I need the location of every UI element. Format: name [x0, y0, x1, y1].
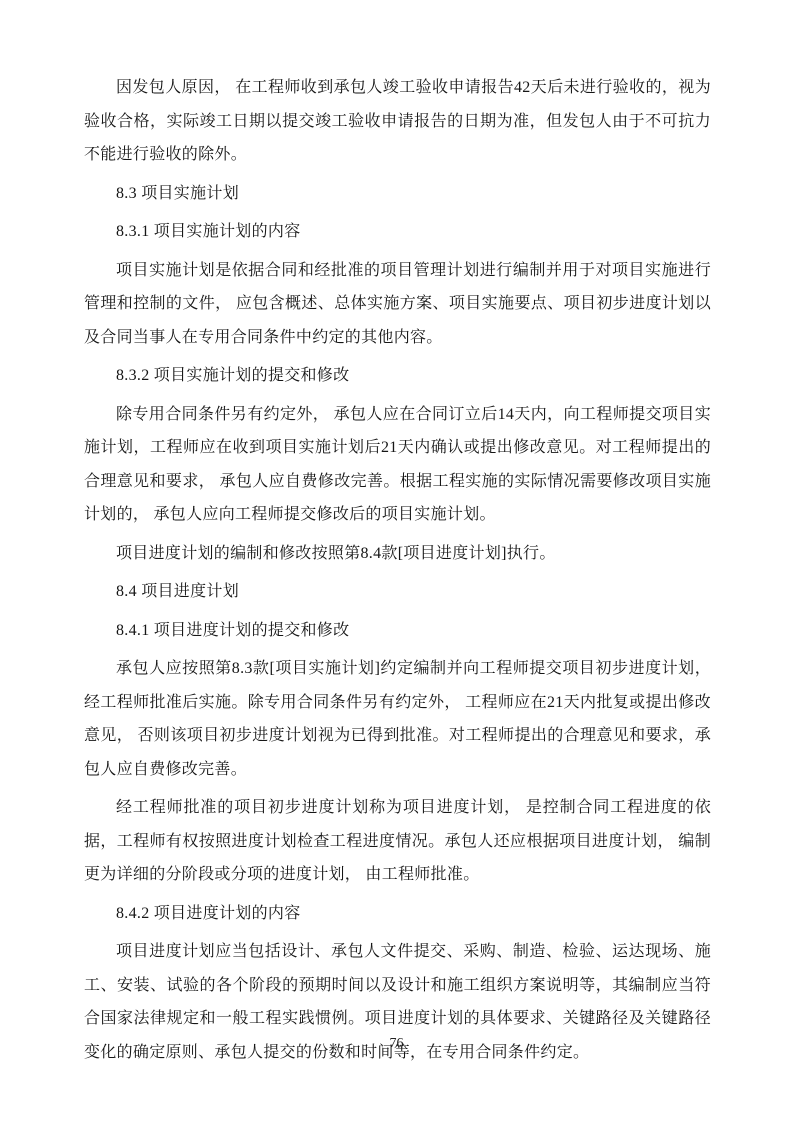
heading-8-3-2: 8.3.2 项目实施计划的提交和修改	[84, 359, 711, 393]
paragraph-completion-acceptance: 因发包人原因， 在工程师收到承包人竣工验收申请报告42天后未进行验收的，视为验收…	[84, 71, 711, 172]
document-content: 因发包人原因， 在工程师收到承包人竣工验收申请报告42天后未进行验收的，视为验收…	[84, 71, 711, 1074]
page-number: 76	[0, 1036, 793, 1052]
paragraph-progress-plan-reference: 项目进度计划的编制和修改按照第8.4款[项目进度计划]执行。	[84, 537, 711, 571]
paragraph-8-3-2-submission: 除专用合同条件另有约定外， 承包人应在合同订立后14天内，向工程师提交项目实施计…	[84, 398, 711, 532]
document-page: 因发包人原因， 在工程师收到承包人竣工验收申请报告42天后未进行验收的，视为验收…	[0, 0, 793, 1122]
heading-8-4: 8.4 项目进度计划	[84, 575, 711, 609]
heading-8-4-2: 8.4.2 项目进度计划的内容	[84, 897, 711, 931]
paragraph-8-3-1-content: 项目实施计划是依据合同和经批准的项目管理计划进行编制并用于对项目实施进行管理和控…	[84, 254, 711, 355]
heading-8-4-1: 8.4.1 项目进度计划的提交和修改	[84, 614, 711, 648]
heading-8-3: 8.3 项目实施计划	[84, 177, 711, 211]
paragraph-8-4-1-submission: 承包人应按照第8.3款[项目实施计划]约定编制并向工程师提交项目初步进度计划， …	[84, 652, 711, 786]
paragraph-8-4-1-approval: 经工程师批准的项目初步进度计划称为项目进度计划， 是控制合同工程进度的依据，工程…	[84, 791, 711, 892]
heading-8-3-1: 8.3.1 项目实施计划的内容	[84, 215, 711, 249]
